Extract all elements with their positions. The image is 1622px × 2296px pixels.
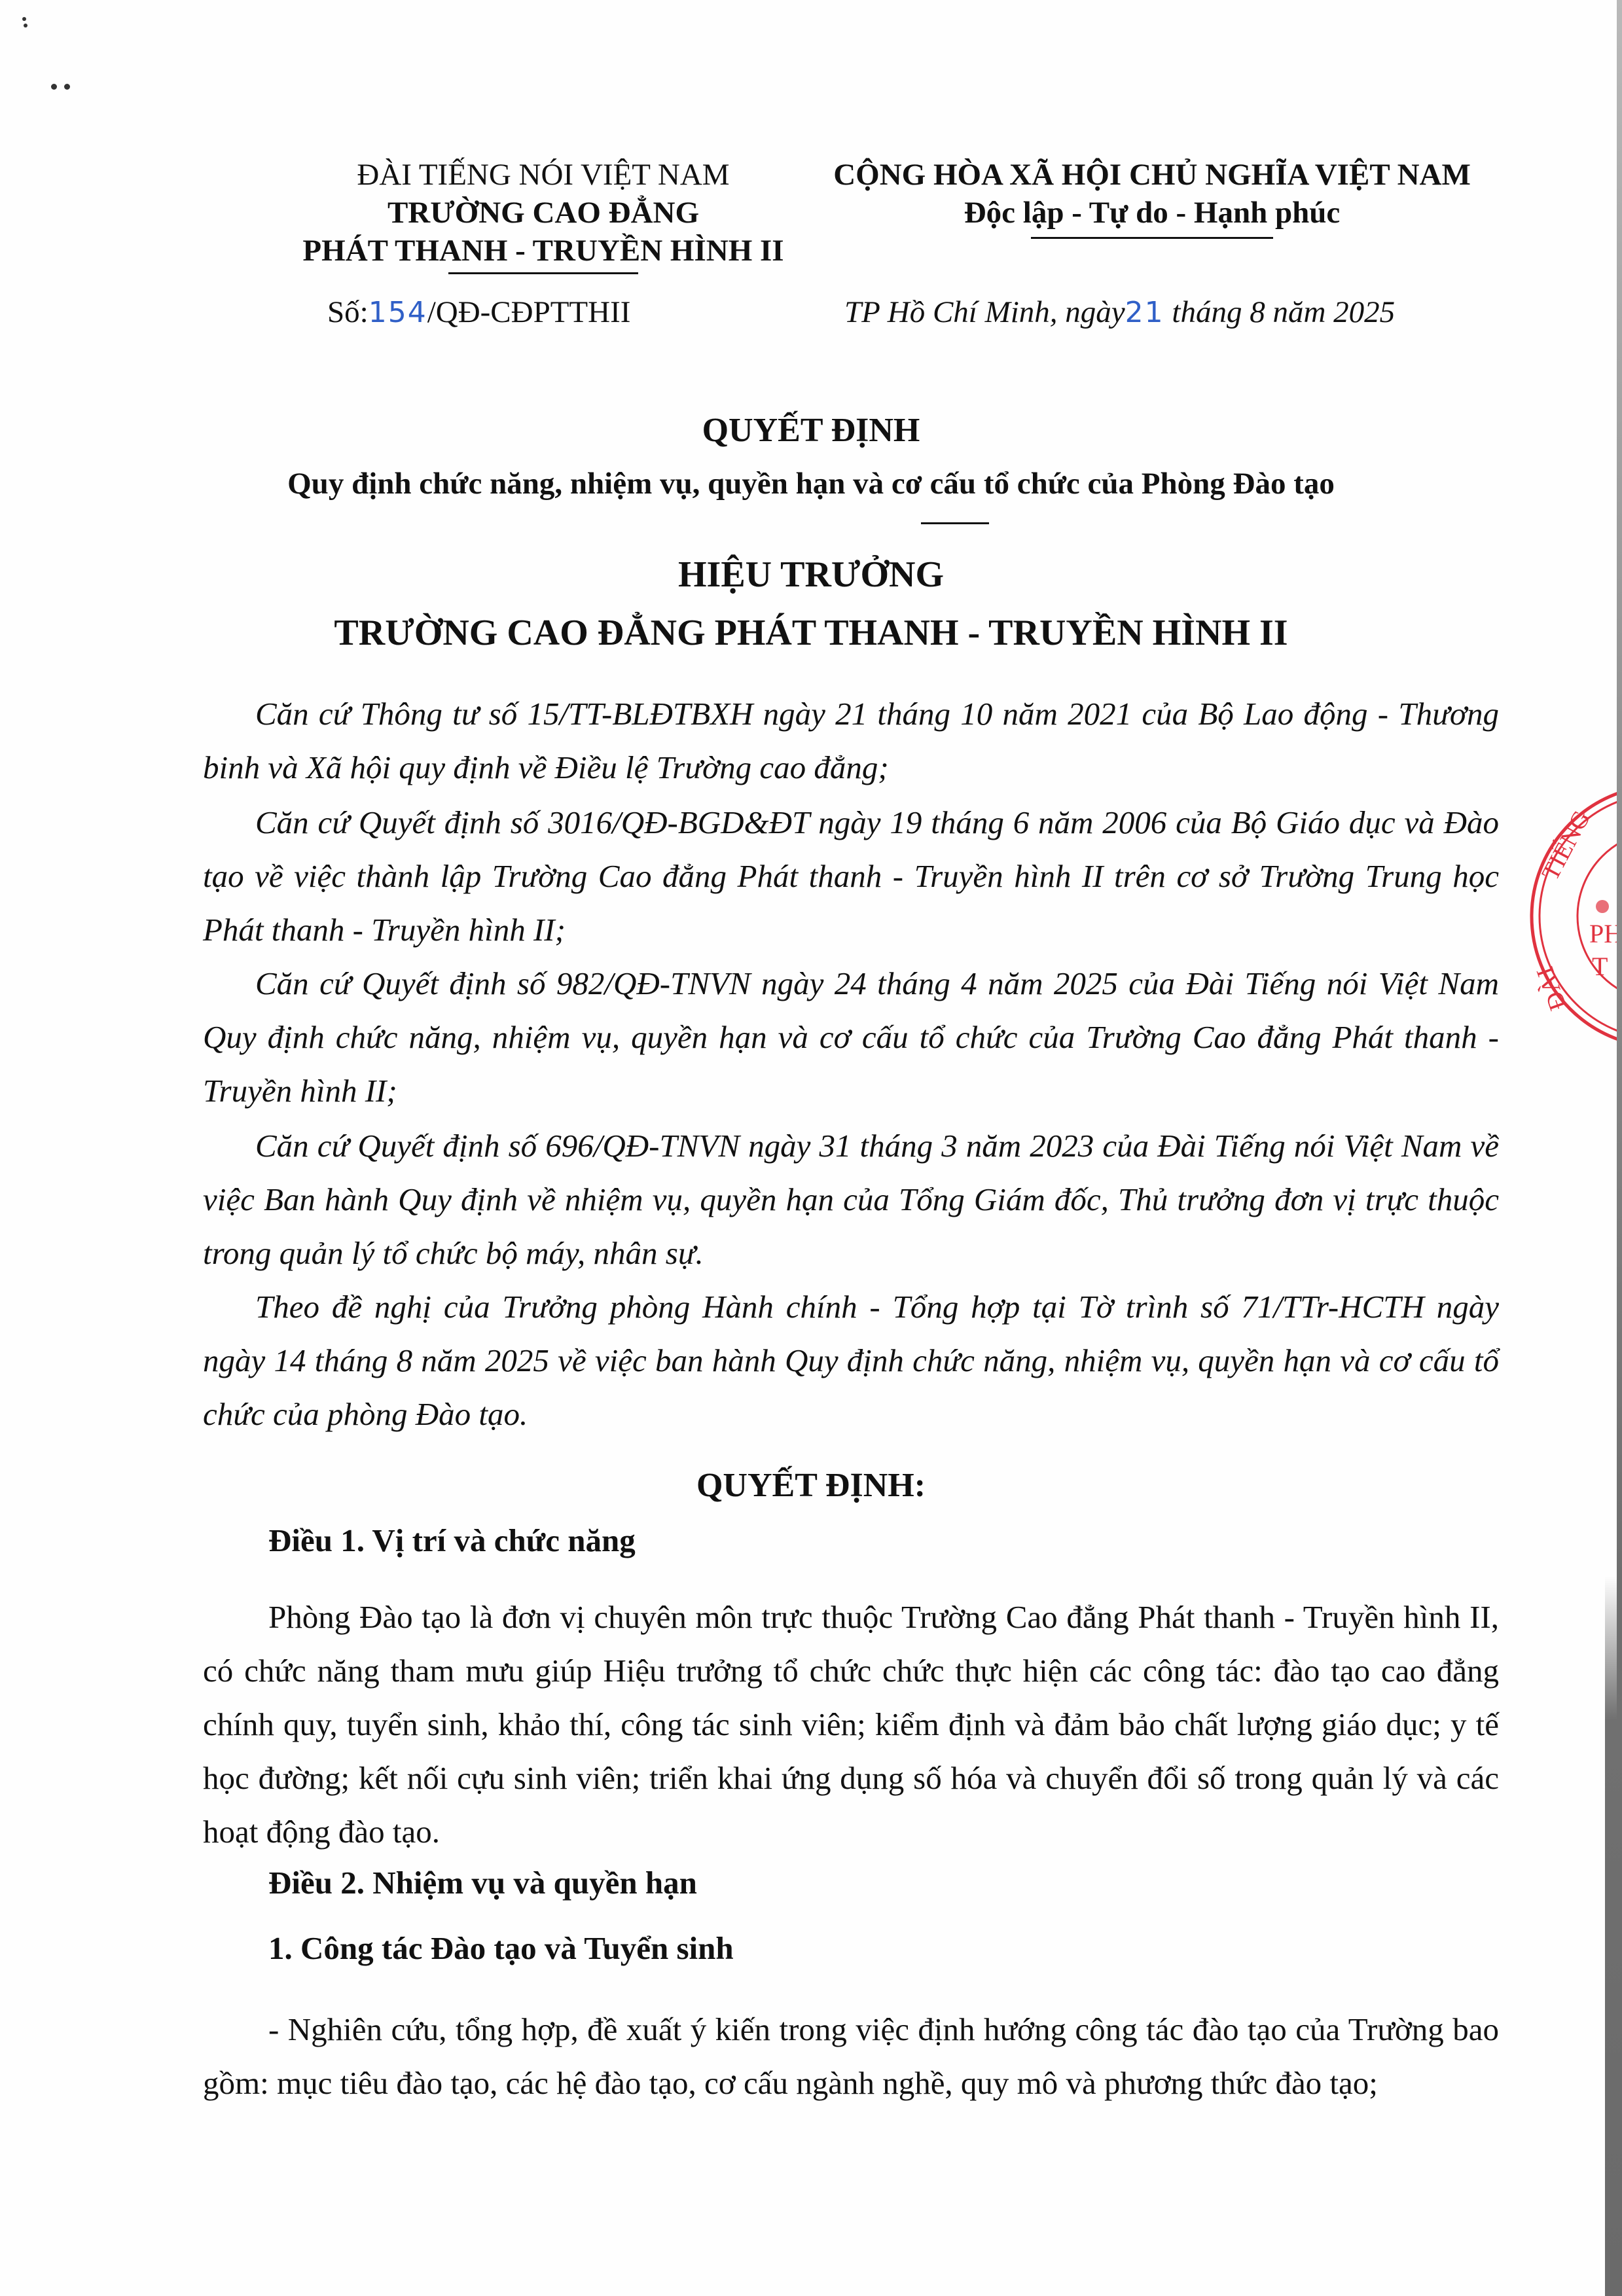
national-motto: Độc lập - Tự do - Hạnh phúc (805, 194, 1499, 232)
article-1-heading: Điều 1. Vị trí và chức năng (268, 1522, 636, 1559)
nation-name: CỘNG HÒA XÃ HỘI CHỦ NGHĨA VIỆT NAM (805, 156, 1499, 194)
decision-heading: QUYẾT ĐỊNH: (0, 1466, 1622, 1505)
authority-school: TRƯỜNG CAO ĐẲNG PHÁT THANH - TRUYỀN HÌNH… (0, 612, 1622, 654)
document-number: Số:154/QĐ-CĐPTTHII (327, 295, 630, 330)
preamble-proposal: Theo đề nghị của Trưởng phòng Hành chính… (203, 1280, 1499, 1441)
scan-artifact-marks (20, 13, 72, 98)
svg-text:T: T (1592, 952, 1608, 981)
school-name-line1: TRƯỜNG CAO ĐẲNG (249, 194, 838, 232)
motto-underline (1031, 237, 1273, 239)
document-page: ĐÀI TIẾNG NÓI VIỆT NAM TRƯỜNG CAO ĐẲNG P… (0, 0, 1622, 2296)
school-name-line2: PHÁT THANH - TRUYỀN HÌNH II (249, 232, 838, 270)
number-prefix: Số: (327, 295, 369, 329)
issuing-agency-block: ĐÀI TIẾNG NÓI VIỆT NAM TRƯỜNG CAO ĐẲNG P… (249, 156, 838, 274)
scan-edge-shadow-lower (1605, 1576, 1622, 2296)
preamble-basis-4: Căn cứ Quyết định số 696/QĐ-TNVN ngày 31… (203, 1119, 1499, 1280)
article-1-text: Phòng Đào tạo là đơn vị chuyên môn trực … (203, 1590, 1499, 1859)
article-2-heading: Điều 2. Nhiệm vụ và quyền hạn (268, 1864, 697, 1901)
official-seal-stamp: TIẾNG ĐÀI PH T (1525, 779, 1622, 1054)
svg-text:ĐÀI: ĐÀI (1531, 963, 1572, 1014)
national-header-block: CỘNG HÒA XÃ HỘI CHỦ NGHĨA VIỆT NAM Độc l… (805, 156, 1499, 239)
date-suffix: tháng 8 năm 2025 (1164, 295, 1396, 329)
section-1-bullet-1: - Nghiên cứu, tổng hợp, đề xuất ý kiến t… (203, 2003, 1499, 2110)
section-1-heading: 1. Công tác Đào tạo và Tuyển sinh (268, 1929, 734, 1967)
document-date: TP Hồ Chí Minh, ngày21 tháng 8 năm 2025 (844, 295, 1395, 330)
date-prefix: TP Hồ Chí Minh, ngày (844, 295, 1125, 329)
preamble-basis-2: Căn cứ Quyết định số 3016/QĐ-BGD&ĐT ngày… (203, 796, 1499, 957)
decision-subject: Quy định chức năng, nhiệm vụ, quyền hạn … (0, 466, 1622, 501)
agency-underline (448, 272, 638, 274)
handwritten-number: 154 (369, 296, 427, 329)
subject-underline (921, 522, 989, 524)
preamble-basis-1: Căn cứ Thông tư số 15/TT-BLĐTBXH ngày 21… (203, 687, 1499, 795)
svg-text:TIẾNG: TIẾNG (1536, 806, 1596, 885)
preamble-basis-3: Căn cứ Quyết định số 982/QĐ-TNVN ngày 24… (203, 957, 1499, 1118)
decision-title: QUYẾT ĐỊNH (0, 411, 1622, 450)
handwritten-day: 21 (1125, 296, 1164, 329)
agency-name: ĐÀI TIẾNG NÓI VIỆT NAM (249, 156, 838, 194)
number-suffix: /QĐ-CĐPTTHII (427, 295, 631, 329)
authority-title: HIỆU TRƯỞNG (0, 554, 1622, 596)
